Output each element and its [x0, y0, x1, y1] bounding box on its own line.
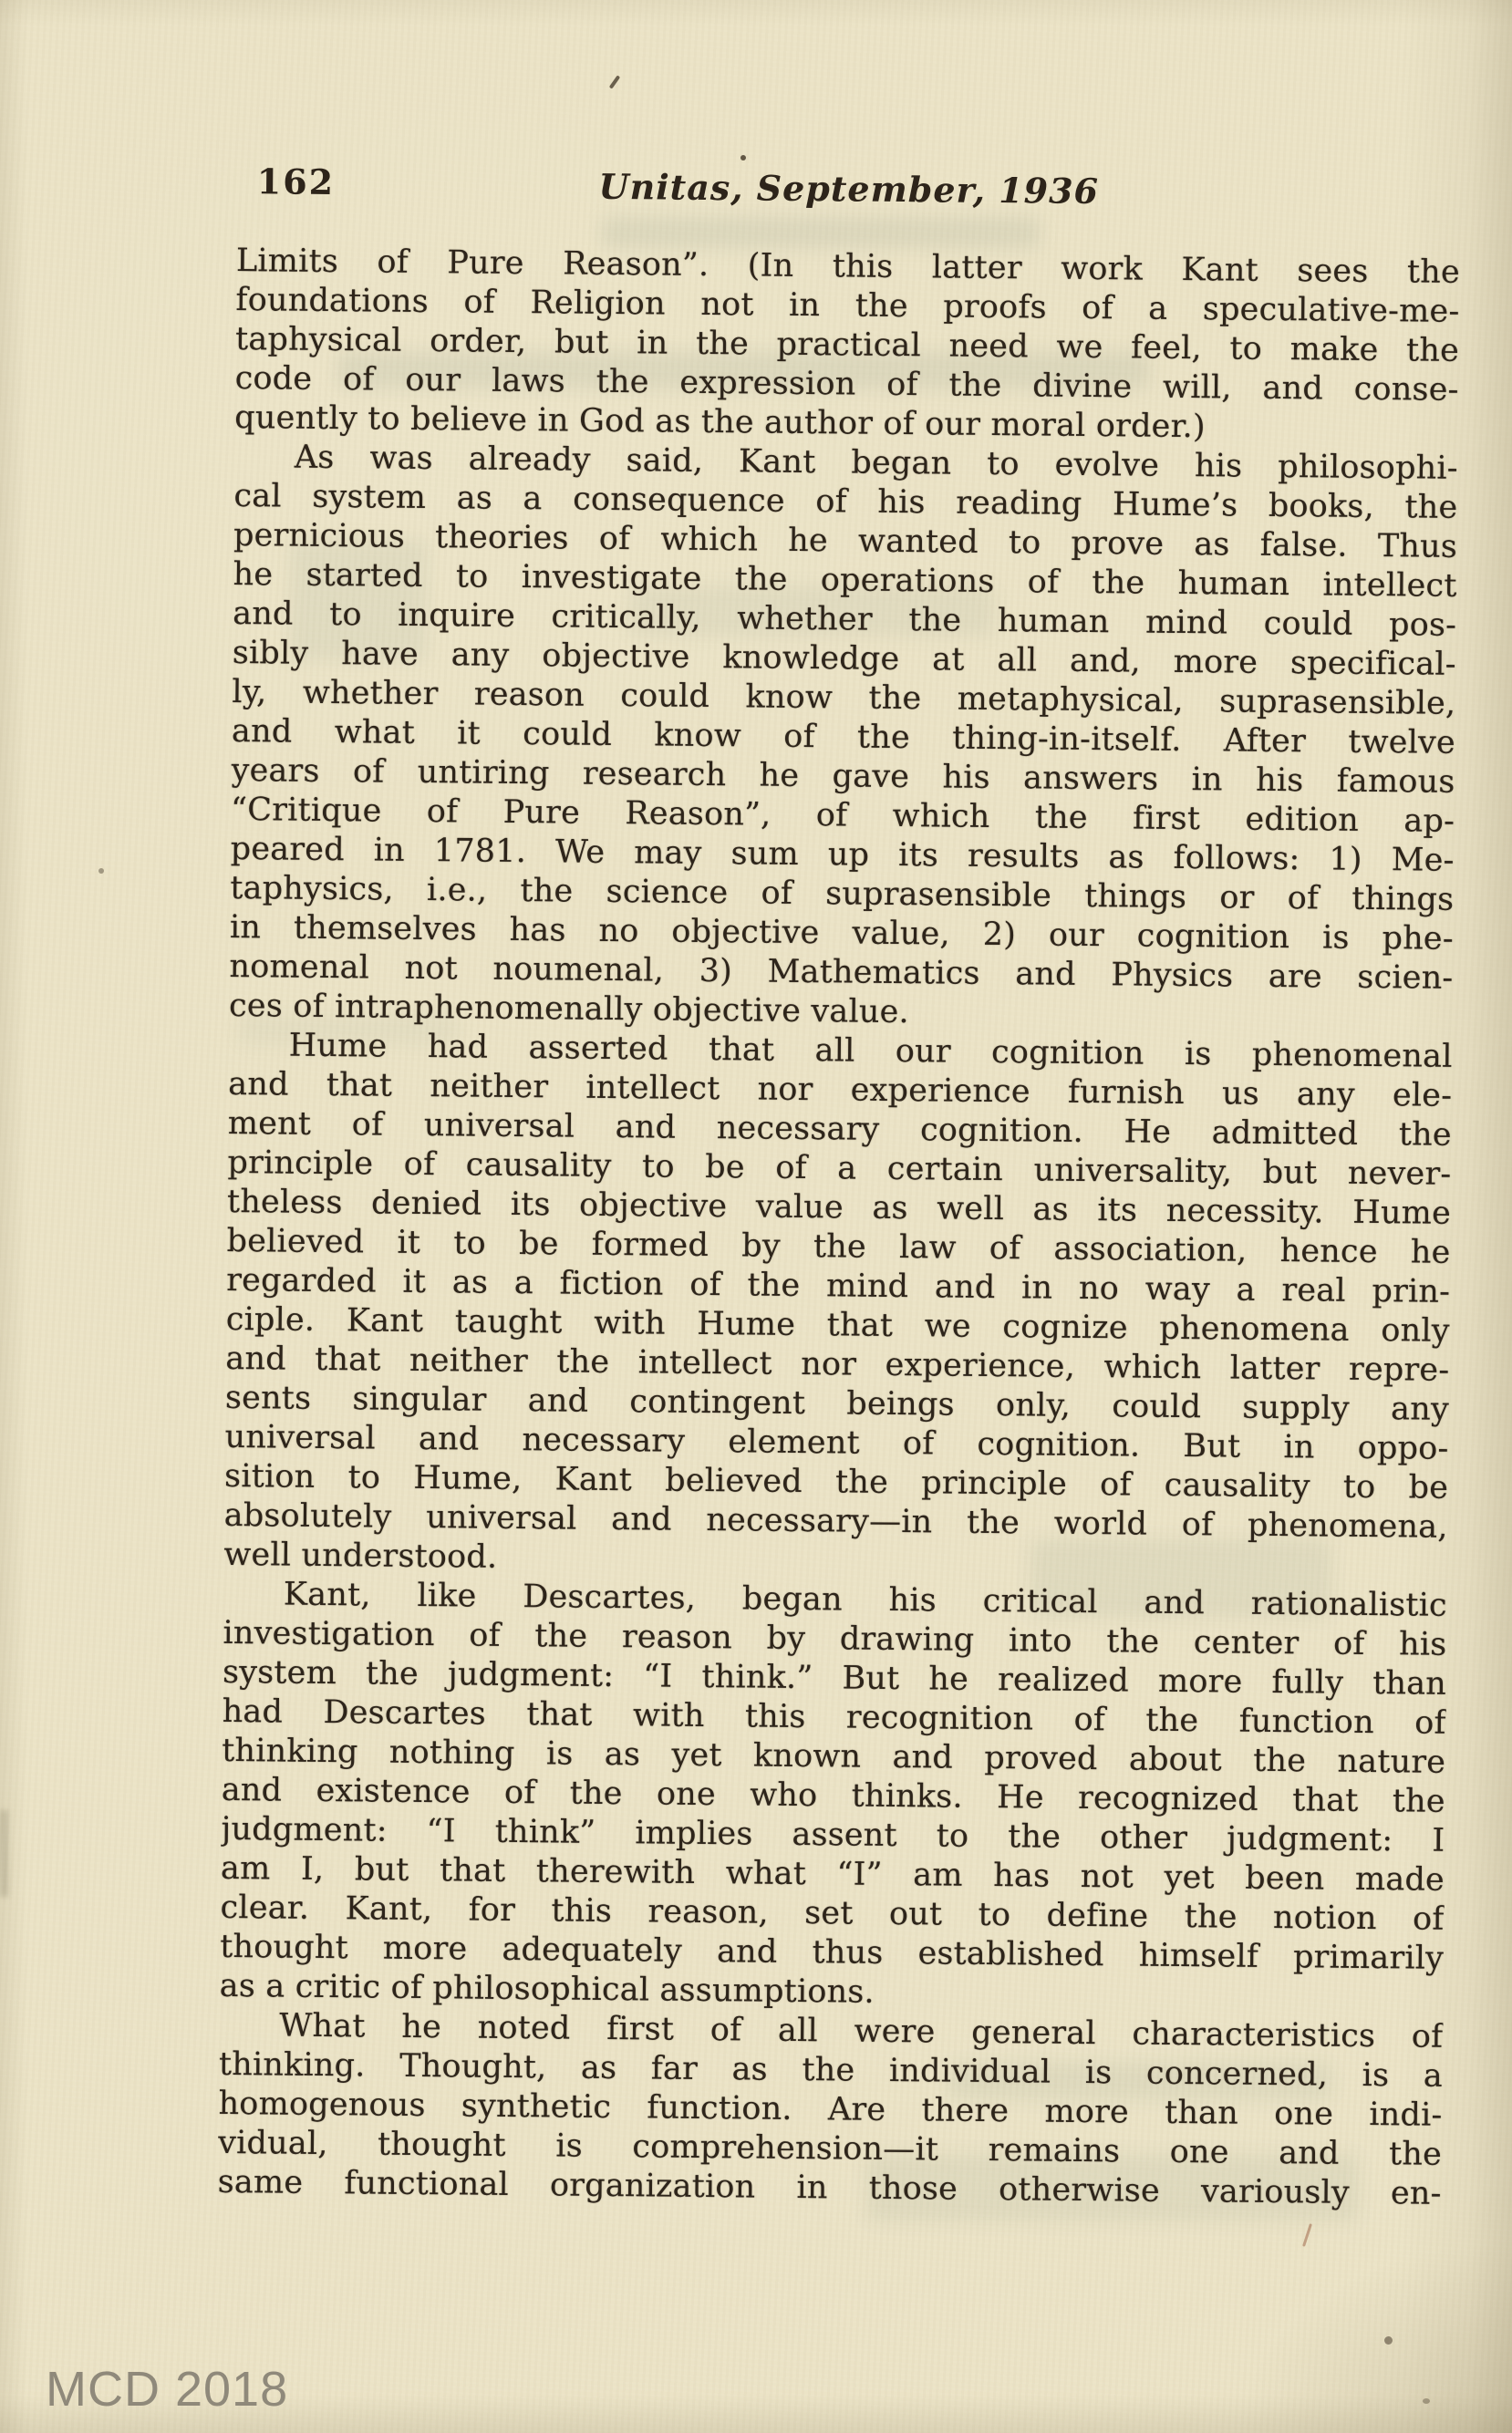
ink-speck [609, 75, 620, 88]
scanned-page: 162 Unitas, September, 1936 Limits of Pu… [0, 0, 1512, 2433]
watermark: MCD 2018 [46, 2361, 288, 2417]
paper-fibre [1302, 2223, 1312, 2247]
page-edge-shadow [0, 1810, 8, 1897]
paragraph: Limits of Pure Reason”. (In this latter … [234, 242, 1460, 450]
ink-speck [740, 155, 746, 160]
ink-speck [1384, 2336, 1393, 2345]
page-content: 162 Unitas, September, 1936 Limits of Pu… [218, 160, 1461, 2214]
paragraph: What he noted first of all were general … [218, 2006, 1444, 2214]
paragraph: As was already said, Kant began to evolv… [229, 438, 1458, 1038]
body-text: Limits of Pure Reason”. (In this latter … [218, 242, 1461, 2214]
page-header: 162 Unitas, September, 1936 [237, 160, 1461, 214]
paragraph: Kant, like Descartes, began his critical… [220, 1575, 1447, 2018]
ink-speck [98, 868, 104, 874]
journal-header: Unitas, September, 1936 [237, 162, 1461, 215]
paragraph: Hume had asserted that all our cognition… [223, 1026, 1453, 1587]
ink-speck [1423, 2398, 1430, 2404]
